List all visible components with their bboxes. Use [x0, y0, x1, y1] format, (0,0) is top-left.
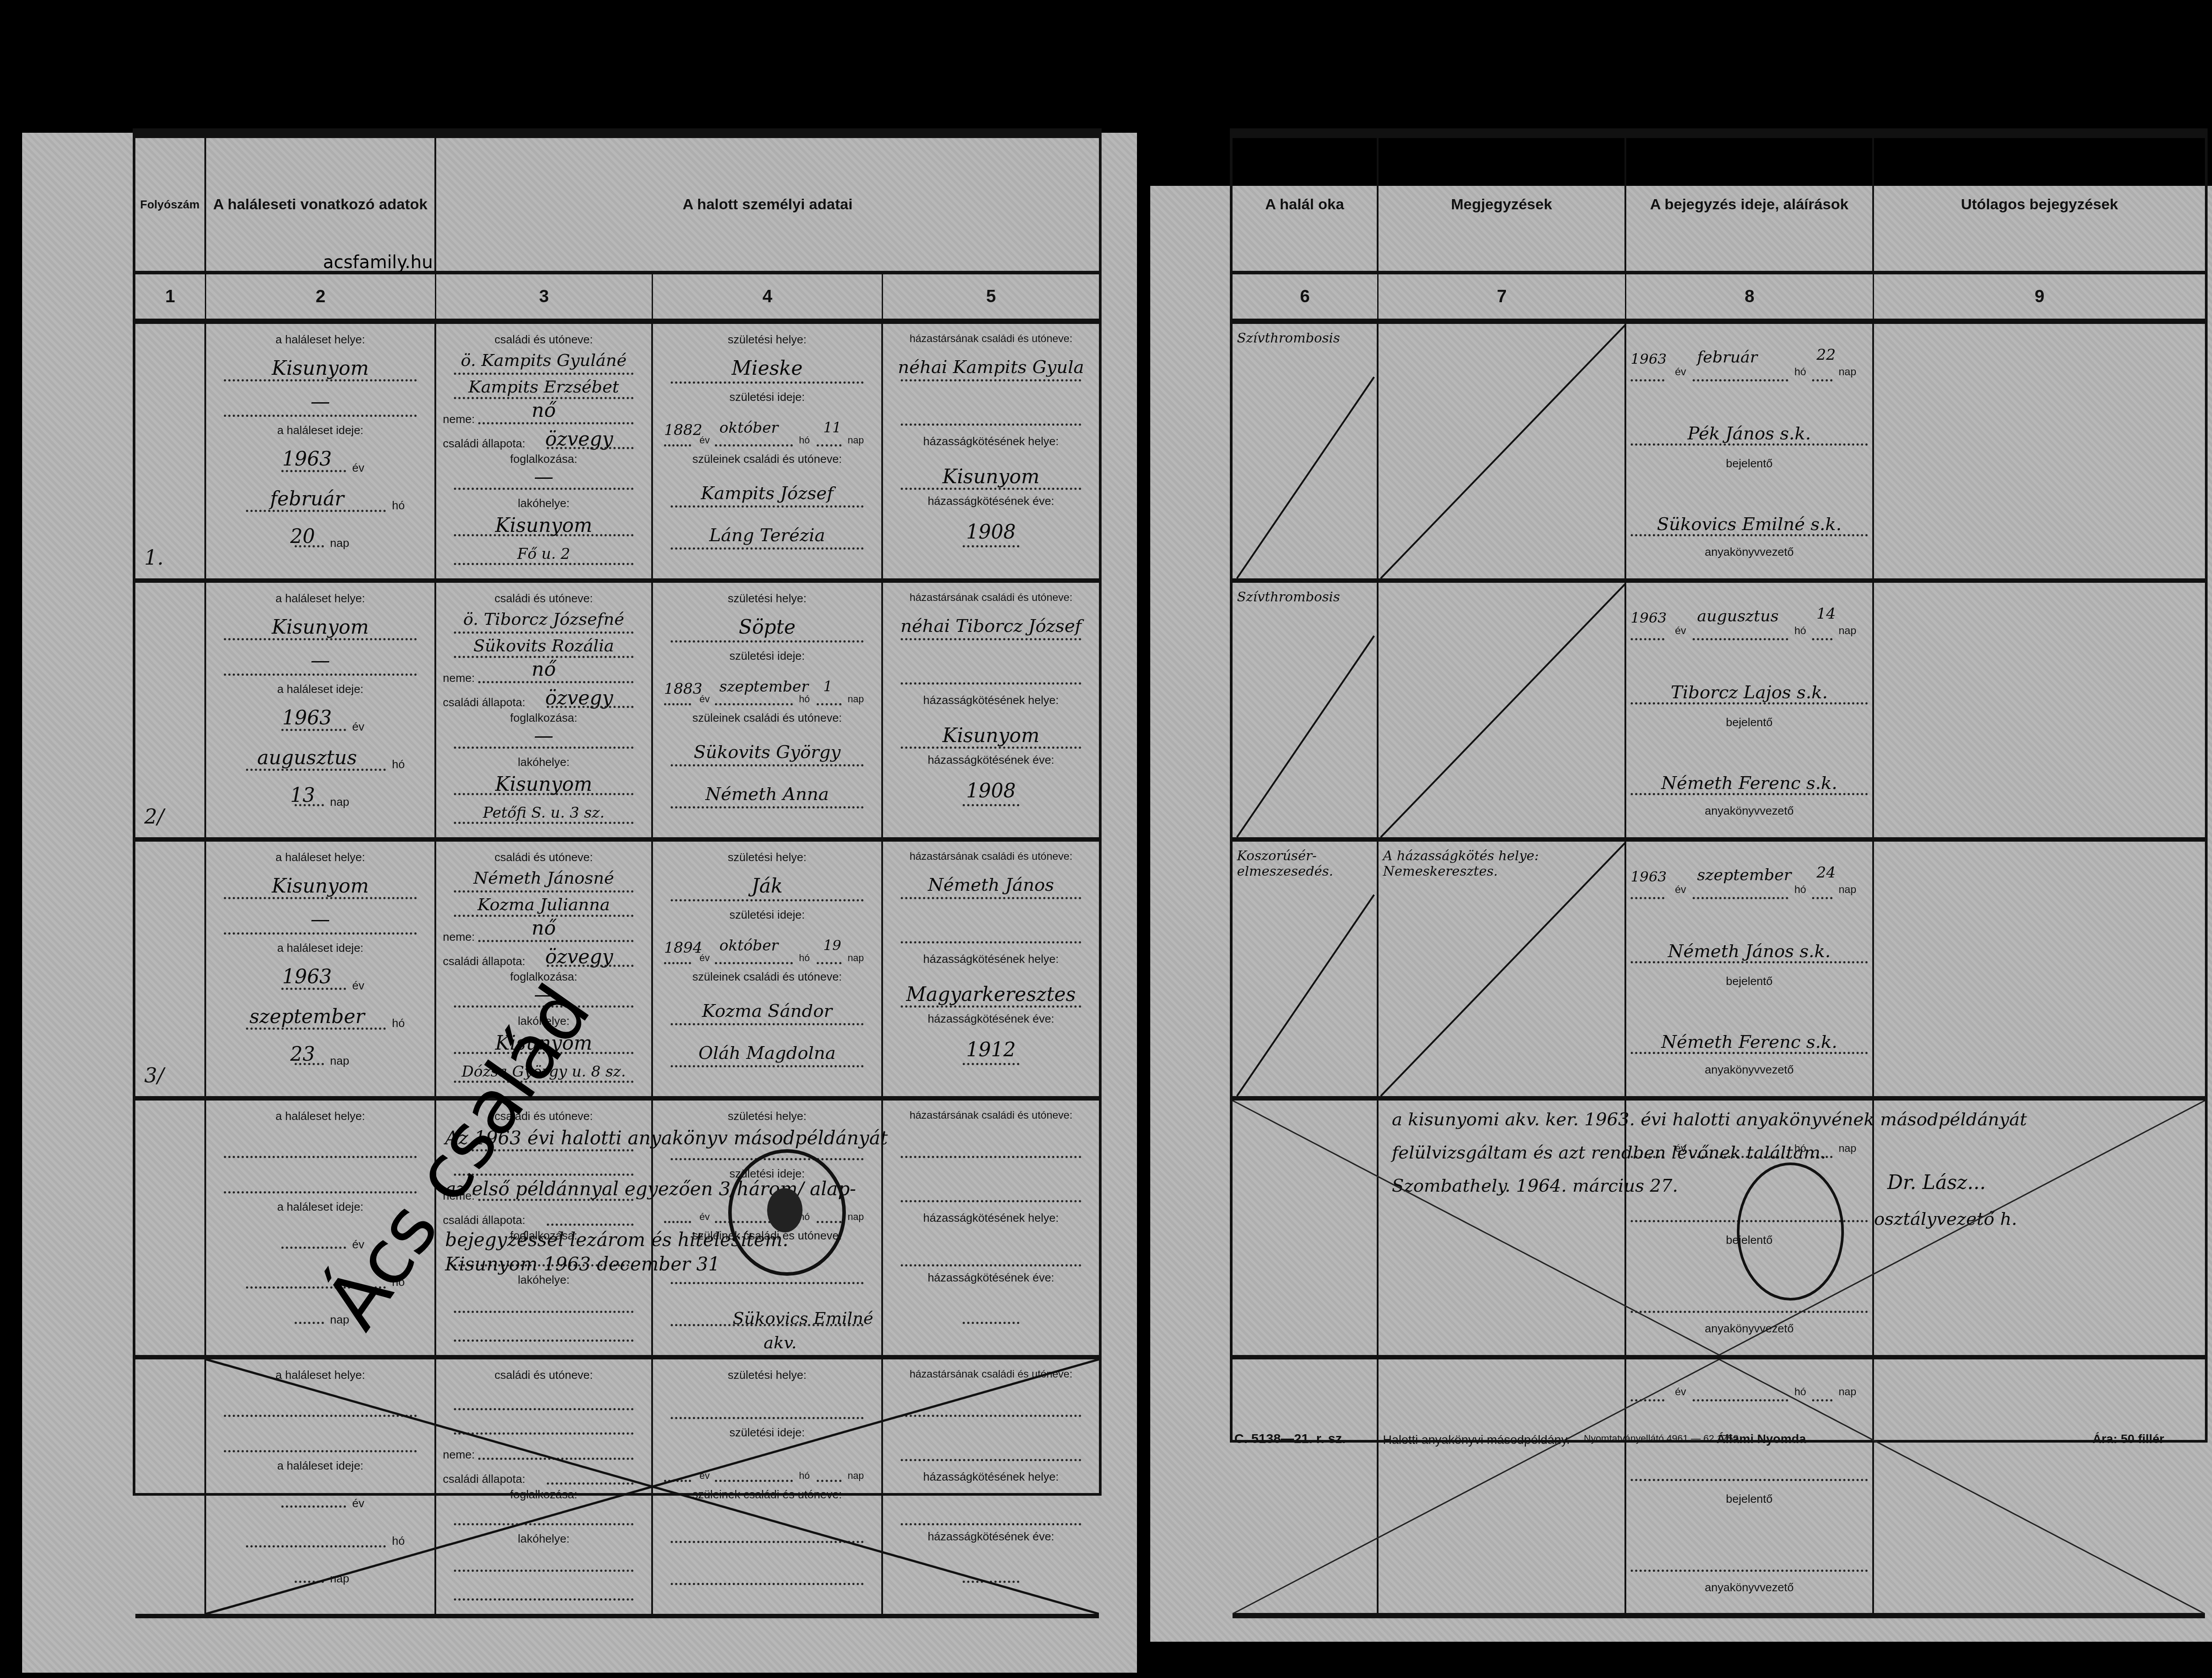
dotted-line [454, 1598, 634, 1601]
dotted-line [664, 1221, 691, 1223]
dotted-line [478, 422, 634, 424]
header-cause: A halál oka [1233, 138, 1379, 271]
header-personal-data: A halott személyi adatai [436, 138, 1099, 271]
reg-month-value: szeptember [1697, 866, 1791, 884]
cell-marriage: házastársának családi és utóneve:néhai T… [883, 583, 1099, 837]
dotted-line [1812, 897, 1832, 899]
death-place2-value: — [206, 908, 434, 931]
dotted-line [454, 1311, 634, 1313]
left-header: Folyószám A haláleseti vonatkozó adatok … [135, 138, 1099, 324]
label-birth-time: születési ideje: [653, 390, 881, 404]
label-nap: nap [330, 795, 349, 809]
label-residence: lakóhelye: [436, 755, 651, 769]
cell-cause: Szívthrombosis [1233, 324, 1379, 578]
colnum-1: 1 [135, 271, 206, 324]
label-name: családi és utóneve: [436, 333, 651, 346]
cell-birth: születési helye:Söpteszületési ideje:188… [653, 583, 883, 837]
label-birth-ev: év [699, 1211, 710, 1223]
reg-day-value: 24 [1816, 864, 1836, 881]
label-marriage-place: házasságkötésének helye: [883, 952, 1099, 966]
dotted-line [817, 703, 841, 705]
label-spouse: házastársának családi és utóneve: [883, 333, 1099, 345]
dotted-line [246, 510, 386, 512]
marriage-place-value: Kisunyom [883, 724, 1099, 747]
cell-cause: Koszorúsér-elmeszesedés. [1233, 842, 1379, 1096]
label-marriage-place: házasságkötésének helye: [883, 693, 1099, 707]
occupation-value: — [436, 466, 651, 488]
dotted-line [671, 1541, 864, 1543]
label-birth-place: születési helye: [653, 1368, 881, 1382]
dotted-line [715, 1480, 793, 1482]
marriage-year-value: 1908 [883, 521, 1099, 543]
dotted-line [224, 932, 417, 935]
label-reporter: bejelentő [1626, 974, 1872, 988]
dotted-line [671, 899, 864, 901]
right-header: A halál oka Megjegyzések A bejegyzés ide… [1233, 138, 2205, 324]
label-reg-nap: nap [1839, 625, 1856, 637]
dotted-line [295, 1322, 324, 1324]
dotted-line [1631, 534, 1868, 536]
dotted-line [671, 764, 864, 766]
label-nap: nap [330, 536, 349, 550]
residence-value: Kisunyom [436, 514, 651, 537]
dotted-line [671, 381, 864, 384]
death-year-value: 1963 [180, 966, 434, 988]
cause-value: Szívthrombosis [1237, 331, 1370, 346]
dotted-line [454, 747, 634, 749]
header-death-data: A haláleseti vonatkozó adatok [206, 138, 436, 271]
dotted-line [454, 563, 634, 565]
dotted-line [295, 1581, 324, 1583]
label-marriage-year: házasságkötésének éve: [883, 1271, 1099, 1285]
label-marriage-year: házasságkötésének éve: [883, 1012, 1099, 1026]
registrar-signature: Németh Ferenc s.k. [1626, 1032, 1872, 1052]
cell-death: a haláleset helye:a haláleset ideje:évhó… [206, 1359, 436, 1614]
occupation-value: — [436, 724, 651, 747]
label-birth-ho: hó [799, 952, 810, 964]
label-registrar: anyakönyvvezető [1626, 545, 1872, 559]
dotted-line [901, 423, 1081, 426]
label-death-time: a haláleset ideje: [206, 682, 434, 696]
label-reg-ho: hó [1794, 1386, 1806, 1398]
dotted-line [454, 822, 634, 824]
label-parents: szüleinek családi és utóneve: [653, 970, 881, 984]
cell-remarks [1379, 1101, 1626, 1355]
form-code: C. 5138—21. r. sz. [1234, 1432, 1346, 1447]
colnum-3: 3 [436, 271, 653, 324]
dotted-line [478, 681, 634, 683]
dotted-line [1693, 897, 1788, 899]
residence-value: Kisunyom [436, 773, 651, 796]
label-parents: szüleinek családi és utóneve: [653, 711, 881, 725]
colnum-2: 2 [206, 271, 436, 324]
register-row-right: Koszorúsér-elmeszesedés.A házasságkötés … [1233, 842, 2205, 1101]
entry-index: 3/ [144, 1063, 164, 1087]
dotted-line [963, 1581, 1019, 1583]
label-reg-ho: hó [1794, 366, 1806, 378]
name-line2-value: Sükovits Rozália [436, 636, 651, 655]
dotted-line [224, 1415, 417, 1417]
cell-registration: 1963augusztus14Tiborcz Lajos s.k.Németh … [1626, 583, 1874, 837]
dotted-line [547, 965, 634, 967]
cell-remarks [1379, 583, 1626, 837]
label-registrar: anyakönyvvezető [1626, 1322, 1872, 1335]
label-birth-time: születési ideje: [653, 1426, 881, 1439]
kisunyom-seal [728, 1149, 846, 1276]
name-line2-value: Kozma Julianna [436, 895, 651, 914]
father-value: Kozma Sándor [653, 1001, 881, 1021]
cell-person: családi és utóneve:neme:családi állapota… [436, 1359, 653, 1614]
cell-registration: 1963február22Pék János s.k.Sükovics Emil… [1626, 324, 1874, 578]
dotted-line [817, 1480, 841, 1482]
dotted-line [963, 1063, 1019, 1065]
label-birth-nap: nap [848, 1470, 864, 1482]
label-reg-nap: nap [1839, 366, 1856, 378]
sex-value: nő [436, 917, 651, 939]
dotted-line [901, 1459, 1081, 1461]
colnum-4: 4 [653, 271, 883, 324]
dotted-line [901, 682, 1081, 685]
register-row-right: évhónapbejelentőanyakönyvvezetőa kisunyo… [1233, 1101, 2205, 1359]
dotted-line [246, 769, 386, 771]
death-place-value: Kisunyom [206, 875, 434, 897]
death-day-value: 13 [171, 784, 434, 807]
label-reporter: bejelentő [1626, 1492, 1872, 1506]
cell-marriage: házastársának családi és utóneve:házassá… [883, 1359, 1099, 1614]
dotted-line [901, 1156, 1081, 1158]
reg-month-value: augusztus [1697, 607, 1778, 625]
dotted-line [963, 804, 1019, 806]
label-reg-nap: nap [1839, 884, 1856, 896]
left-register-table: Folyószám A haláleseti vonatkozó adatok … [133, 128, 1102, 1496]
dotted-line [1631, 1399, 1664, 1401]
dotted-line [671, 1065, 864, 1067]
seal-emblem [767, 1188, 803, 1232]
label-birth-ev: év [699, 435, 710, 446]
site-watermark: acsfamily.hu [323, 252, 433, 273]
dotted-line [1631, 961, 1868, 963]
label-reg-ev: év [1675, 1386, 1686, 1398]
cell-person: családi és utóneve:ö. Kampits GyulánéKam… [436, 324, 653, 578]
name-line2-value: Kampits Erzsébet [436, 377, 651, 396]
dotted-line [664, 444, 691, 446]
birth-year-value: 1883 [664, 680, 703, 698]
cause-value: Szívthrombosis [1237, 589, 1370, 605]
dotted-line [454, 631, 634, 634]
label-occupation: foglalkozása: [436, 711, 651, 725]
entry-index: 1. [144, 546, 164, 570]
header-folyoszam: Folyószám [135, 138, 206, 271]
birth-day-value: 19 [823, 937, 841, 954]
dotted-line [224, 1156, 417, 1158]
death-day-value: 23 [171, 1043, 434, 1066]
label-ho: hó [392, 1016, 405, 1030]
dotted-line [715, 703, 793, 705]
spouse-value: néhai Kampits Gyula [883, 357, 1099, 377]
closing-place-date: Kisunyom 1963 december 31 [445, 1253, 720, 1275]
name-line1-value: ö. Kampits Gyuláné [436, 350, 651, 370]
name-line1-value: Németh Jánosné [436, 868, 651, 888]
dotted-line [224, 674, 417, 676]
label-ev: év [352, 1497, 364, 1510]
dotted-line [454, 373, 634, 375]
reg-day-value: 14 [1816, 605, 1836, 623]
label-nap: nap [330, 1572, 349, 1586]
dotted-line [901, 1005, 1081, 1008]
label-birth-place: születési helye: [653, 851, 881, 864]
marriage-place-value: Magyarkeresztes [883, 983, 1099, 1006]
cell-remarks [1379, 324, 1626, 578]
dotted-line [901, 1415, 1081, 1417]
label-reporter: bejelentő [1626, 457, 1872, 470]
label-marriage-place: házasságkötésének helye: [883, 435, 1099, 448]
dotted-line [224, 379, 417, 381]
colnum-7: 7 [1379, 271, 1626, 324]
label-death-time: a haláleset ideje: [206, 941, 434, 955]
dotted-line [901, 1264, 1081, 1266]
entry-index: 2/ [144, 804, 164, 828]
label-birth-time: születési ideje: [653, 649, 881, 663]
birth-month-value: október [719, 937, 778, 954]
label-birth-place: születési helye: [653, 592, 881, 605]
closing-signature: Sükovics Emilné [733, 1309, 873, 1328]
dotted-line [246, 1028, 386, 1030]
cell-later [1874, 583, 2205, 837]
label-birth-time: születési ideje: [653, 908, 881, 922]
reg-year-value: 1963 [1631, 868, 1667, 885]
dotted-line [1693, 379, 1788, 381]
reg-month-value: február [1697, 348, 1758, 366]
cell-birth: születési helye:Jákszületési ideje:1894o… [653, 842, 883, 1096]
label-parents: szüleinek családi és utóneve: [653, 1488, 881, 1501]
label-residence: lakóhelye: [436, 496, 651, 510]
name-line1-value: ö. Tiborcz Józsefné [436, 609, 651, 629]
header-remarks: Megjegyzések [1379, 138, 1626, 271]
birth-month-value: szeptember [719, 678, 808, 696]
dotted-line [901, 1523, 1081, 1525]
label-marriage-place: házasságkötésének helye: [883, 1211, 1099, 1225]
colnum-8: 8 [1626, 271, 1874, 324]
review-line2: felülvizsgáltam és azt rendben lévőnek t… [1392, 1143, 2201, 1163]
dotted-line [963, 545, 1019, 547]
dotted-line [817, 962, 841, 964]
label-ev: év [352, 461, 364, 475]
form-title: — Halotti anyakönyvi másodpéldány. — [1367, 1433, 1586, 1447]
dotted-line [715, 444, 793, 446]
dotted-line [1812, 1399, 1832, 1401]
label-death-place: a haláleset helye: [206, 1368, 434, 1382]
dotted-line [1631, 1052, 1868, 1054]
dotted-line [664, 1480, 691, 1482]
death-year-value: 1963 [180, 707, 434, 729]
dotted-line [1812, 638, 1832, 640]
dotted-line [671, 806, 864, 808]
label-birth-ev: év [699, 1470, 710, 1482]
label-marriage-year: házasságkötésének éve: [883, 1530, 1099, 1543]
label-parents: szüleinek családi és utóneve: [653, 452, 881, 466]
cell-marriage: házastársának családi és utóneve:Németh … [883, 842, 1099, 1096]
reg-year-value: 1963 [1631, 609, 1667, 626]
dotted-line [715, 962, 793, 964]
dotted-line [547, 706, 634, 708]
label-marriage-year: házasságkötésének éve: [883, 494, 1099, 508]
death-day-value: 20 [171, 525, 434, 548]
dotted-line [901, 747, 1081, 749]
label-birth-ev: év [699, 693, 710, 705]
dotted-line [454, 1432, 634, 1435]
header-registration: A bejegyzés ideje, aláírások [1626, 138, 1874, 271]
dotted-line [281, 1247, 346, 1249]
dotted-line [901, 379, 1081, 381]
cell-marriage: házastársának családi és utóneve:néhai K… [883, 324, 1099, 578]
dotted-line [664, 703, 691, 705]
review-line1: a kisunyomi akv. ker. 1963. évi halotti … [1392, 1109, 2201, 1130]
dotted-line [224, 638, 417, 640]
register-row: a haláleset helye:a haláleset ideje:évhó… [135, 1101, 1099, 1359]
cell-index [135, 1101, 206, 1355]
closing-line1: Az 1963 évi halotti anyakönyv másodpéldá… [445, 1127, 1064, 1149]
dotted-line [281, 1505, 346, 1508]
label-name: családi és utóneve: [436, 592, 651, 605]
cell-person: családi és utóneve:ö. Tiborcz JózsefnéSü… [436, 583, 653, 837]
cell-remarks: A házasságkötés helye: Nemeskeresztes. [1379, 842, 1626, 1096]
label-death-place: a haláleset helye: [206, 333, 434, 346]
printer-name: Állami Nyomda [1717, 1432, 1806, 1446]
dotted-line [224, 897, 417, 899]
dotted-line [671, 1282, 864, 1284]
birth-year-value: 1882 [664, 421, 703, 439]
label-occupation: foglalkozása: [436, 452, 651, 466]
label-birth-ho: hó [799, 435, 810, 446]
mother-value: Oláh Magdolna [653, 1043, 881, 1063]
label-reg-ho: hó [1794, 884, 1806, 896]
mother-value: Németh Anna [653, 784, 881, 804]
cell-remarks [1379, 1359, 1626, 1613]
label-death-place: a haláleset helye: [206, 592, 434, 605]
cell-registration: 1963szeptember24Németh János s.k.Németh … [1626, 842, 1874, 1096]
price: Ára: 50 fillér [2093, 1432, 2164, 1446]
label-spouse: házastársának családi és utóneve: [883, 1109, 1099, 1122]
review-signature-title: osztályvezető h. [1874, 1209, 2017, 1229]
death-place-value: Kisunyom [206, 357, 434, 380]
label-spouse: házastársának családi és utóneve: [883, 592, 1099, 604]
spouse-value: Németh János [883, 875, 1099, 895]
dotted-line [901, 1200, 1081, 1202]
cell-death: a haláleset helye:Kisunyom—a haláleset i… [206, 324, 436, 578]
cell-death: a haláleset helye:Kisunyom—a haláleset i… [206, 583, 436, 837]
label-birth-ho: hó [799, 1470, 810, 1482]
death-year-value: 1963 [180, 448, 434, 470]
label-marriage-place: házasságkötésének helye: [883, 1470, 1099, 1484]
residence2-value: Fő u. 2 [436, 545, 651, 563]
dotted-line [671, 547, 864, 550]
label-spouse: házastársának családi és utóneve: [883, 851, 1099, 863]
cell-index [135, 1359, 206, 1614]
label-death-place: a haláleset helye: [206, 851, 434, 864]
dotted-line [1631, 1311, 1868, 1313]
dotted-line [817, 444, 841, 446]
label-reg-nap: nap [1839, 1386, 1856, 1398]
label-birth-nap: nap [848, 1211, 864, 1223]
label-registrar: anyakönyvvezető [1626, 1581, 1872, 1594]
label-registrar: anyakönyvvezető [1626, 1063, 1872, 1077]
father-value: Kampits József [653, 483, 881, 504]
dotted-line [1631, 1570, 1868, 1572]
dotted-line [454, 1339, 634, 1342]
right-register-table: A halál oka Megjegyzések A bejegyzés ide… [1230, 128, 2208, 1443]
label-death-time: a haláleset ideje: [206, 1459, 434, 1473]
closing-signature-title: akv. [764, 1333, 797, 1352]
label-name: családi és utóneve: [436, 1368, 651, 1382]
cell-birth: születési helye:születési ideje:évhónaps… [653, 1359, 883, 1614]
colnum-9: 9 [1874, 271, 2205, 324]
dotted-line [547, 447, 634, 449]
label-birth-ev: év [699, 952, 710, 964]
label-sex: neme: [443, 1448, 475, 1462]
birth-day-value: 11 [823, 419, 841, 436]
label-death-time: a haláleset ideje: [206, 423, 434, 437]
label-birth-place: születési helye: [653, 1109, 881, 1123]
dotted-line [224, 1450, 417, 1452]
label-reporter: bejelentő [1626, 716, 1872, 729]
label-name: családi és utóneve: [436, 851, 651, 864]
dotted-line [1631, 443, 1868, 446]
dotted-line [1631, 897, 1664, 899]
dotted-line [454, 793, 634, 795]
dotted-line [295, 1063, 324, 1065]
dotted-line [901, 638, 1081, 640]
cell-later [1874, 842, 2205, 1096]
dotted-line [454, 534, 634, 536]
registrar-signature: Sükovics Emilné s.k. [1626, 514, 1872, 535]
label-birth-ho: hó [799, 693, 810, 705]
reporter-signature: Tiborcz Lajos s.k. [1626, 682, 1872, 703]
label-ho: hó [392, 758, 405, 771]
cell-birth: születési helye:Mieskeszületési ideje:18… [653, 324, 883, 578]
label-birth-nap: nap [848, 693, 864, 705]
label-ev: év [352, 979, 364, 993]
colnum-5: 5 [883, 271, 1099, 324]
register-row: 3/a haláleset helye:Kisunyom—a haláleset… [135, 842, 1099, 1101]
birth-month-value: október [719, 419, 778, 437]
birth-place-value: Mieske [653, 357, 881, 380]
review-signature: Dr. Lász... [1887, 1171, 1986, 1194]
dotted-line [671, 505, 864, 508]
dotted-line [281, 729, 346, 731]
label-marriage-year: házasságkötésének éve: [883, 753, 1099, 767]
label-ho: hó [392, 499, 405, 512]
register-row-right: Szívthrombosis1963augusztus14Tiborcz Laj… [1233, 583, 2205, 842]
dotted-line [454, 890, 634, 893]
label-ho: hó [392, 1534, 405, 1548]
birth-day-value: 1 [823, 678, 832, 695]
dotted-line [1693, 638, 1788, 640]
label-registrar: anyakönyvvezető [1626, 804, 1872, 818]
dotted-line [1812, 379, 1832, 381]
label-reg-ev: év [1675, 366, 1686, 378]
register-row-right: Szívthrombosis1963február22Pék János s.k… [1233, 324, 2205, 583]
label-reg-ev: év [1675, 625, 1686, 637]
colnum-6: 6 [1233, 271, 1379, 324]
dotted-line [671, 640, 864, 643]
label-residence: lakóhelye: [436, 1532, 651, 1546]
residence2-value: Petőfi S. u. 3 sz. [436, 804, 651, 822]
death-place-value: Kisunyom [206, 616, 434, 639]
dotted-line [963, 1322, 1019, 1324]
dotted-line [547, 1224, 634, 1226]
cell-later [1874, 324, 2205, 578]
header-later: Utólagos bejegyzések [1874, 138, 2205, 271]
